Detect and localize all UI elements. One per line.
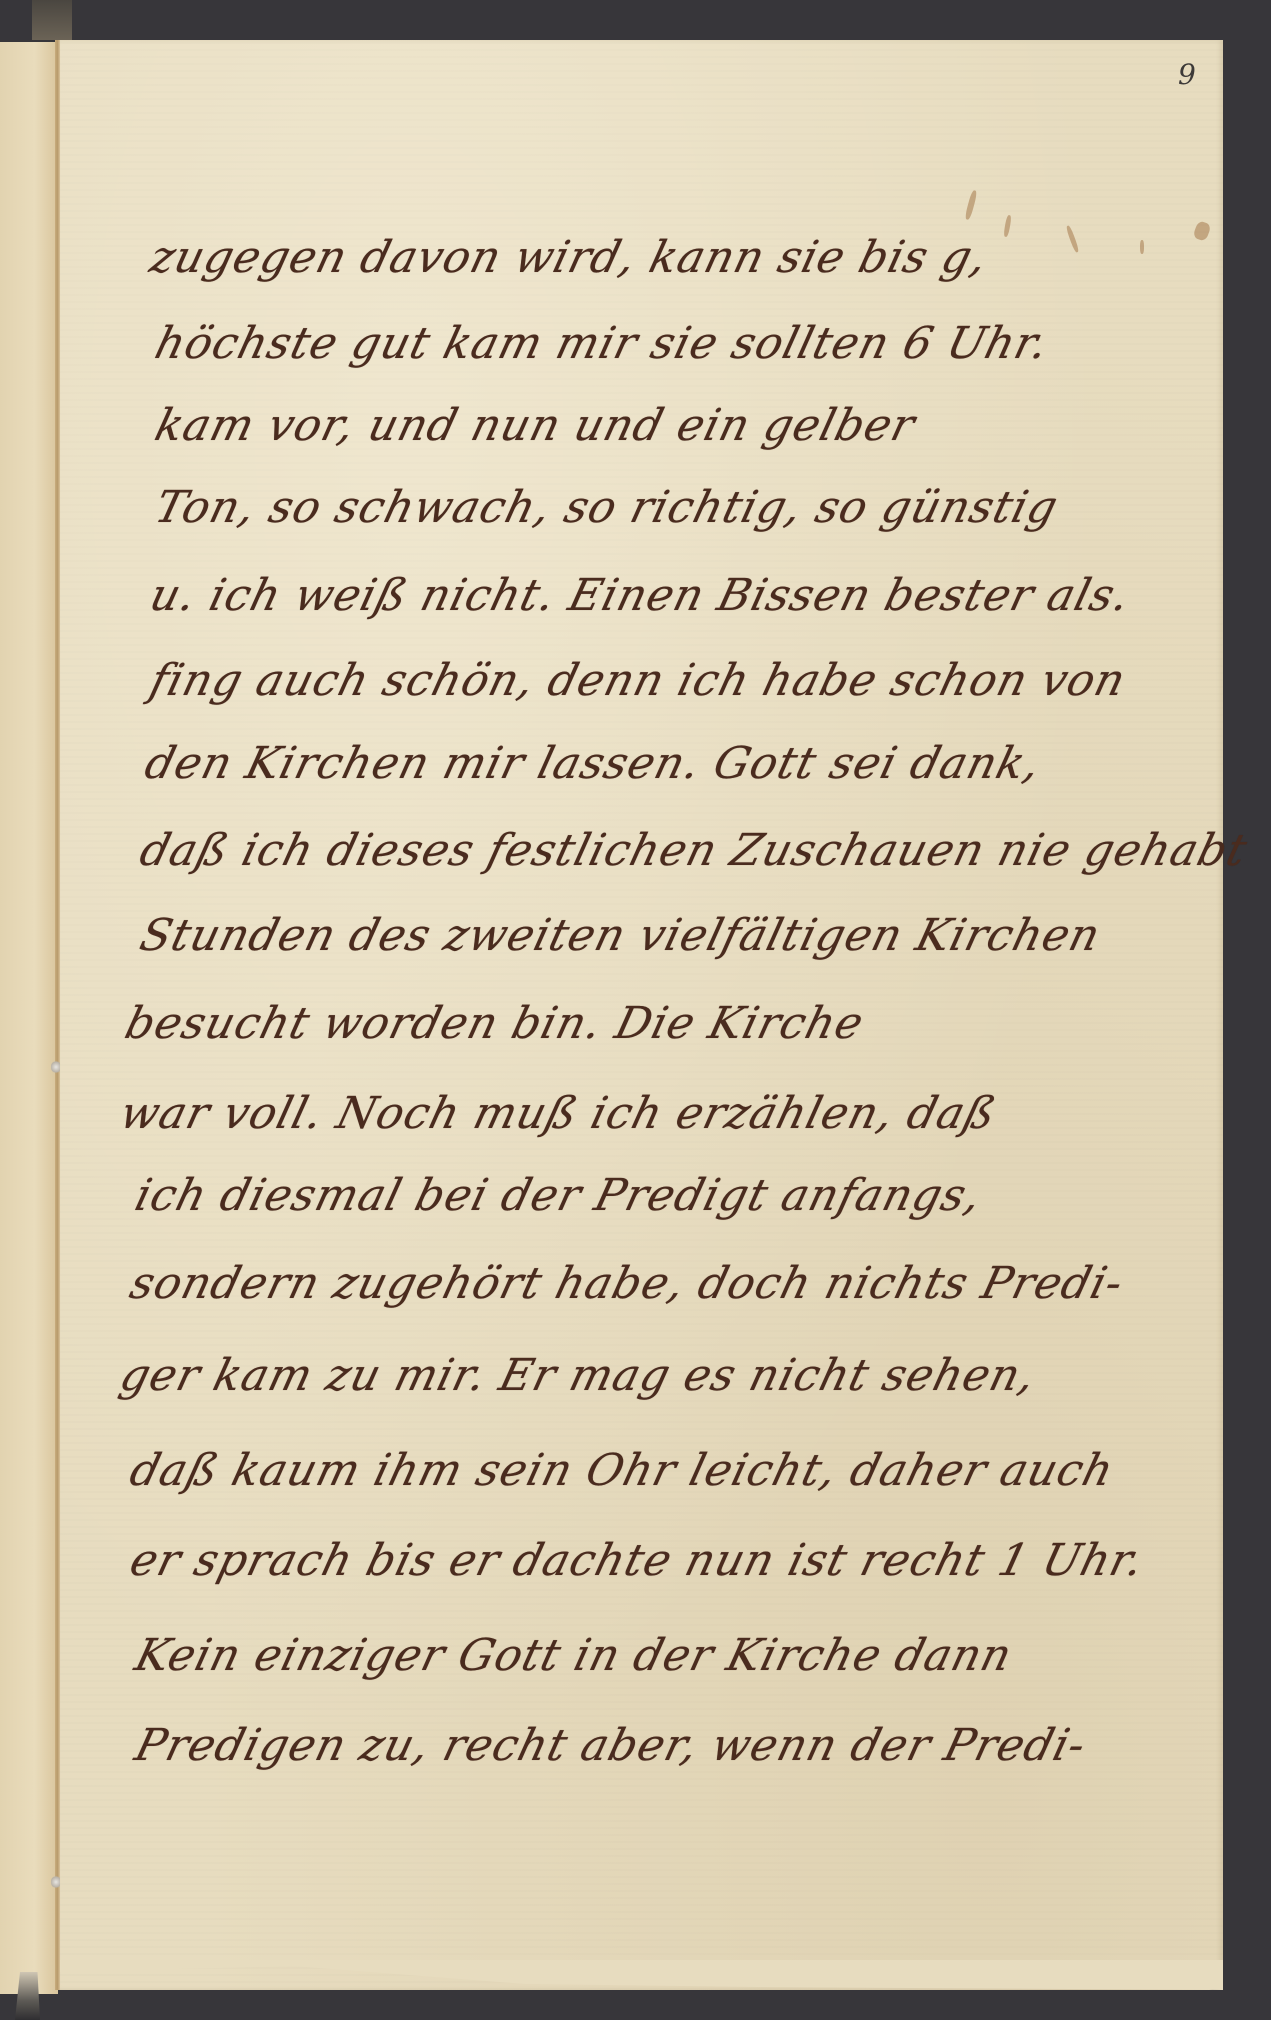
handwritten-text-block: zugegen davon wird, kann sie bis g, höch… xyxy=(0,0,1271,2020)
text-line: sondern zugehört habe, doch nichts Predi… xyxy=(125,1258,1129,1309)
text-line: er sprach bis er dachte nun ist recht 1 … xyxy=(125,1535,1149,1586)
text-line: zugegen davon wird, kann sie bis g, xyxy=(145,232,993,283)
text-line: Stunden des zweiten vielfältigen Kirchen xyxy=(135,910,1106,961)
text-line: kam vor, und nun und ein gelber xyxy=(150,400,920,451)
text-line: besucht worden bin. Die Kirche xyxy=(120,998,869,1049)
text-line: Kein einziger Gott in der Kirche dann xyxy=(130,1630,1017,1681)
text-line: fing auch schön, denn ich habe schon von xyxy=(145,655,1131,706)
text-line: höchste gut kam mir sie sollten 6 Uhr. xyxy=(150,318,1054,369)
text-line: war voll. Noch muß ich erzählen, daß xyxy=(115,1088,1002,1139)
text-line: Predigen zu, recht aber, wenn der Predi- xyxy=(130,1720,1091,1771)
text-line: ger kam zu mir. Er mag es nicht sehen, xyxy=(115,1350,1041,1401)
manuscript-scan: 9 zugegen davon wird, kann sie bis g, hö… xyxy=(0,0,1271,2020)
text-line: daß ich dieses festlichen Zuschauen nie … xyxy=(135,825,1253,876)
text-line: Ton, so schwach, so richtig, so günstig xyxy=(150,482,1063,533)
text-line: daß kaum ihm sein Ohr leicht, daher auch xyxy=(125,1445,1119,1496)
text-line: den Kirchen mir lassen. Gott sei dank, xyxy=(140,738,1046,789)
text-line: u. ich weiß nicht. Einen Bissen bester a… xyxy=(145,570,1135,621)
text-line: ich diesmal bei der Predigt anfangs, xyxy=(130,1170,987,1221)
